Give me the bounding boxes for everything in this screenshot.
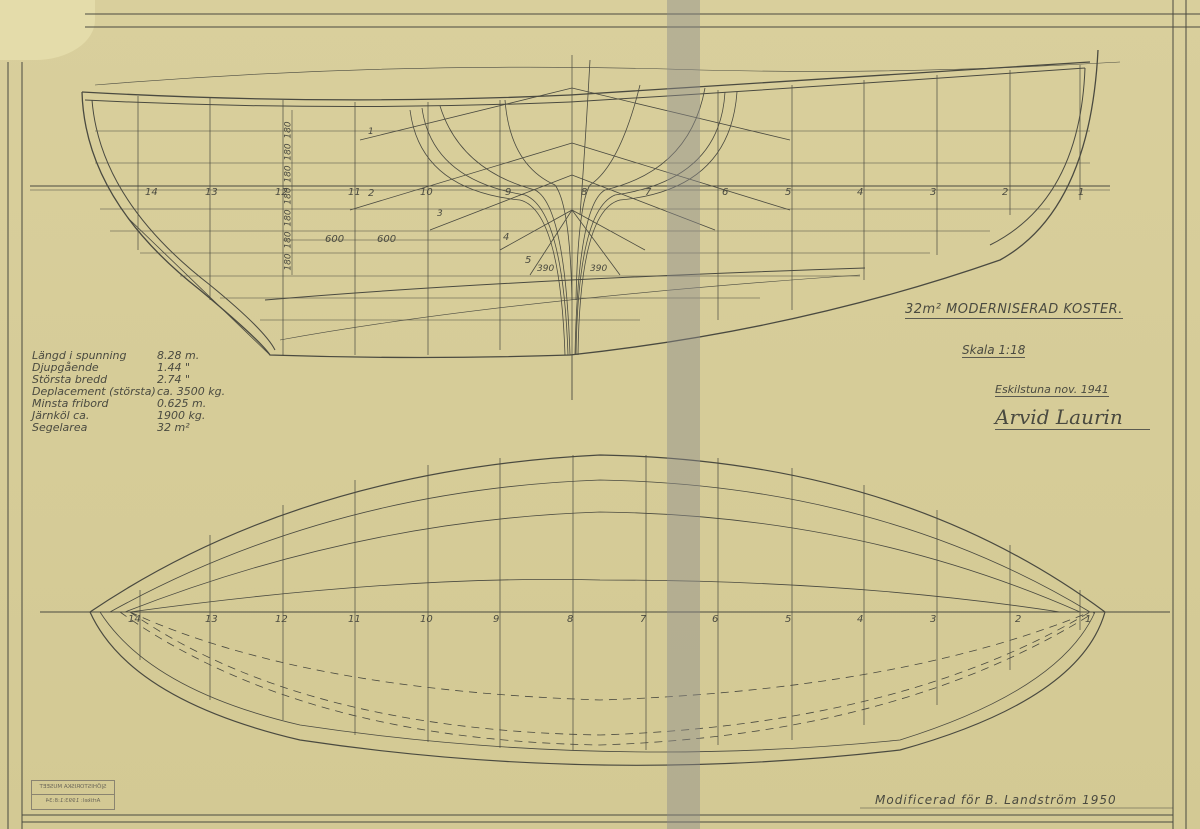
spec-row: Segelarea32 m² bbox=[32, 422, 232, 434]
station-label: 6 bbox=[722, 187, 728, 198]
dim-180: 180 bbox=[284, 187, 294, 204]
plan-view bbox=[40, 455, 1170, 765]
station-label: 4 bbox=[857, 614, 863, 625]
drawing-scale: Skala 1:18 bbox=[962, 343, 1025, 358]
station-label: 14 bbox=[145, 187, 158, 198]
station-label: 5 bbox=[785, 187, 791, 198]
diagonal-label-1: 1 bbox=[368, 127, 374, 137]
station-label: 13 bbox=[205, 614, 218, 625]
diagonal-label-4: 4 bbox=[503, 232, 509, 243]
station-label: 7 bbox=[640, 614, 646, 625]
diagonal-dim-1: 390 bbox=[537, 264, 554, 274]
place-date: Eskilstuna nov. 1941 bbox=[995, 383, 1109, 397]
station-label: 3 bbox=[930, 187, 936, 198]
station-label: 3 bbox=[930, 614, 936, 625]
dim-180: 180 bbox=[284, 121, 294, 138]
profile-view bbox=[30, 50, 1120, 400]
station-label: 11 bbox=[348, 187, 361, 198]
station-label: 5 bbox=[785, 614, 791, 625]
diagonal-label-3: 3 bbox=[437, 209, 443, 219]
diagonal-label-5: 5 bbox=[525, 255, 531, 266]
modification-note: Modificerad för B. Landström 1950 bbox=[875, 793, 1117, 807]
station-label: 2 bbox=[1002, 187, 1008, 198]
spec-value: 32 m² bbox=[157, 422, 232, 434]
museum-stamp: SJÖHISTORISKA MUSEET Artikel: 1993:1:8:3… bbox=[31, 780, 115, 810]
station-label: 7 bbox=[645, 187, 651, 198]
station-label: 1 bbox=[1078, 187, 1084, 198]
diagonal-label-2: 2 bbox=[368, 188, 374, 199]
station-label: 8 bbox=[581, 187, 587, 198]
station-label: 8 bbox=[567, 614, 573, 625]
station-label: 13 bbox=[205, 187, 218, 198]
buttock-dim-2: 600 bbox=[377, 234, 396, 245]
station-label: 14 bbox=[128, 614, 141, 625]
station-label: 9 bbox=[493, 614, 499, 625]
dim-180: 180 bbox=[284, 143, 294, 160]
dim-180: 180 bbox=[284, 253, 294, 270]
station-label: 10 bbox=[420, 614, 433, 625]
designer-signature: Arvid Laurin bbox=[995, 405, 1150, 430]
specifications-table: Längd i spunning8.28 m. Djupgående1.44 "… bbox=[32, 350, 232, 434]
station-label: 6 bbox=[712, 614, 718, 625]
station-label: 10 bbox=[420, 187, 433, 198]
station-label: 12 bbox=[275, 614, 288, 625]
drawing-title: 32m² MODERNISERAD KOSTER. bbox=[905, 302, 1123, 319]
stamp-article: Artikel: 1993:1:8:34 bbox=[32, 795, 114, 808]
spec-label: Segelarea bbox=[32, 422, 157, 434]
diagonal-dim-2: 390 bbox=[590, 264, 607, 274]
buttock-dim-1: 600 bbox=[325, 234, 344, 245]
station-label: 9 bbox=[505, 187, 511, 198]
dim-180: 180 bbox=[284, 231, 294, 248]
stamp-museum: SJÖHISTORISKA MUSEET bbox=[32, 781, 114, 795]
dim-180: 180 bbox=[284, 209, 294, 226]
scan-shadow-band bbox=[667, 0, 700, 829]
station-label: 1 bbox=[1085, 614, 1091, 625]
station-label: 4 bbox=[857, 187, 863, 198]
dim-180: 180 bbox=[284, 165, 294, 182]
station-label: 2 bbox=[1015, 614, 1021, 625]
station-label: 11 bbox=[348, 614, 361, 625]
